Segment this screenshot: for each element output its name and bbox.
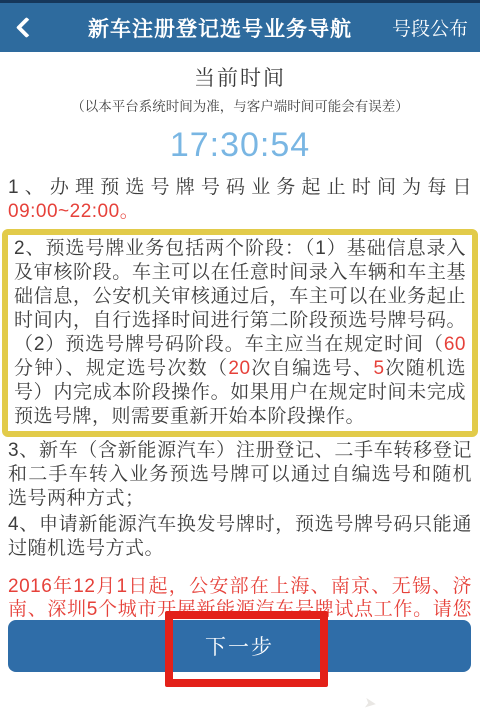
- page-title: 新车注册登记选号业务导航: [52, 13, 388, 43]
- next-step-button[interactable]: 下一步: [8, 620, 471, 672]
- time-disclaimer: （以本平台系统时间为准，与客户端时间可能会有误差）: [0, 95, 480, 115]
- back-button[interactable]: [0, 3, 52, 52]
- current-time-value: 17:30:54: [0, 126, 480, 165]
- rule-paragraph-4: 4、申请新能源汽车换发号牌时，预选号牌号码只能通过随机选号方式。: [8, 513, 472, 561]
- navigation-bar: 新车注册登记选号业务导航 号段公布: [0, 3, 480, 52]
- cursor-watermark-icon: ➤: [363, 693, 378, 713]
- rule-paragraph-2-highlighted: 2、预选号牌业务包括两个阶段：（1）基础信息录入及审核阶段。车主可以在任意时间录…: [2, 229, 478, 437]
- chevron-left-icon: [15, 17, 36, 38]
- current-time-heading: 当前时间: [0, 62, 480, 92]
- rule-paragraph-3: 3、新车（含新能源汽车）注册登记、二手车转移登记和二手车转入业务预选号牌可以通过…: [8, 439, 472, 511]
- rule-paragraph-1: 1、办理预选号牌号码业务起止时间为每日09:00~22:00。: [8, 176, 472, 224]
- app-screen: 新车注册登记选号业务导航 号段公布 当前时间 （以本平台系统时间为准，与客户端时…: [0, 0, 480, 721]
- number-segment-link[interactable]: 号段公布: [388, 14, 480, 41]
